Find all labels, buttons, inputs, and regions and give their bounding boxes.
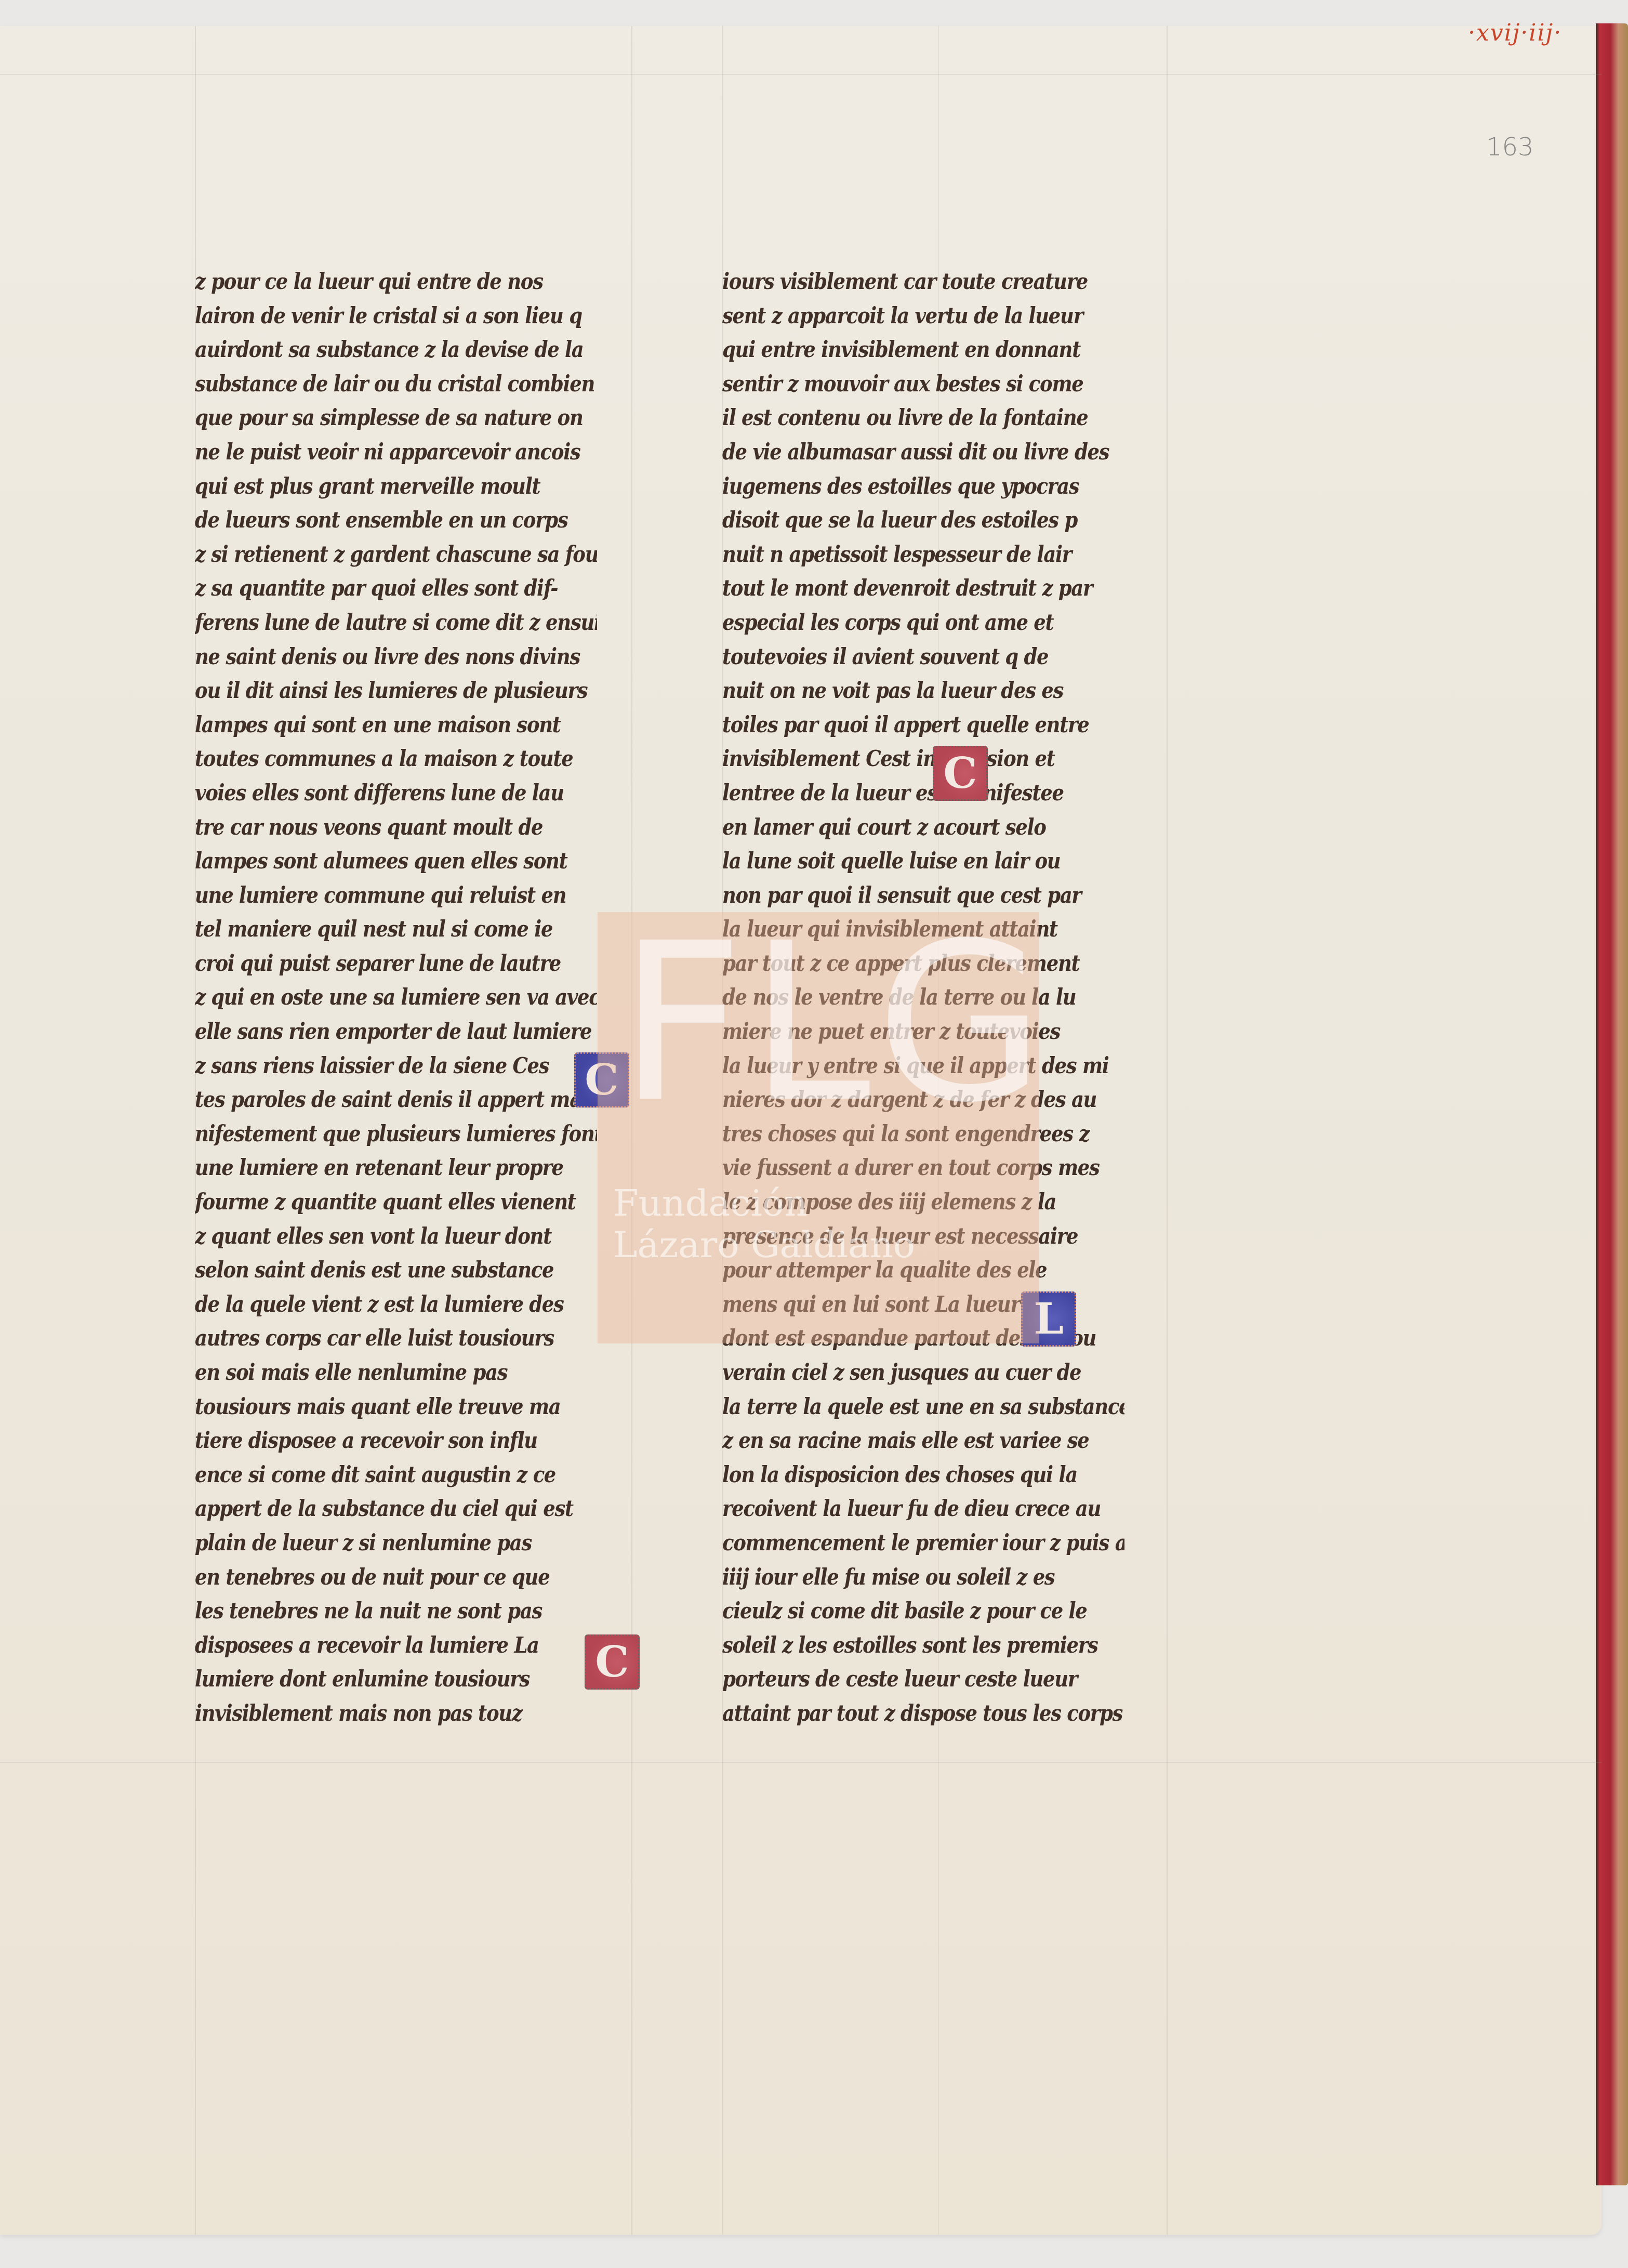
text-line: disoit que se la lueur des estoiles p xyxy=(722,504,1124,538)
text-line: disposees a recevoir la lumiere La xyxy=(195,1629,597,1663)
decorated-initial: C xyxy=(585,1634,640,1690)
text-line: de lueurs sont ensemble en un corps xyxy=(195,504,597,538)
text-line: sent z apparcoit la vertu de la lueur xyxy=(722,299,1124,334)
text-line: lampes sont alumees quen elles sont xyxy=(195,845,597,879)
text-line: en lamer qui court z acourt selo xyxy=(722,811,1124,845)
text-line: appert de la substance du ciel qui est xyxy=(195,1492,597,1526)
text-line: especial les corps qui ont ame et xyxy=(722,606,1124,640)
text-line: verain ciel z sen jusques au cuer de xyxy=(722,1356,1124,1390)
text-line: lon la disposicion des choses qui la xyxy=(722,1458,1124,1493)
text-line: selon saint denis est une substance xyxy=(195,1254,597,1288)
text-line: soleil z les estoilles sont les premiers xyxy=(722,1629,1124,1663)
text-line: iugemens des estoilles que ypocras xyxy=(722,470,1124,504)
text-line: tout le mont devenroit destruit z par xyxy=(722,572,1124,606)
text-line: nifestement que plusieurs lumieres font xyxy=(195,1117,597,1152)
text-line: la terre la quele est une en sa substanc… xyxy=(722,1390,1124,1425)
text-line: z en sa racine mais elle est variee se xyxy=(722,1424,1124,1458)
text-line: iours visiblement car toute creature xyxy=(722,265,1124,299)
text-line: commencement le premier iour z puis au xyxy=(722,1526,1124,1561)
text-line: z sa quantite par quoi elles sont dif- xyxy=(195,572,597,606)
watermark-line-2: Lázaro Galdiano xyxy=(613,1224,915,1265)
text-line: autres corps car elle luist tousiours xyxy=(195,1322,597,1356)
text-line: plain de lueur z si nenlumine pas xyxy=(195,1526,597,1561)
text-line: nuit on ne voit pas la lueur des es xyxy=(722,674,1124,708)
text-line: attaint par tout z dispose tous les corp… xyxy=(722,1697,1124,1731)
text-line: ne saint denis ou livre des nons divins xyxy=(195,640,597,675)
text-line: z quant elles sen vont la lueur dont xyxy=(195,1220,597,1254)
text-column-left: z pour ce la lueur qui entre de noslairo… xyxy=(195,265,663,1731)
text-line: recoivent la lueur fu de dieu crece au xyxy=(722,1492,1124,1526)
folio-number: 163 xyxy=(1486,133,1534,162)
text-line: la lune soit quelle luise en lair ou xyxy=(722,845,1124,879)
text-line: sentir z mouvoir aux bestes si come xyxy=(722,367,1124,402)
text-line: z sans riens laissier de la siene Ces xyxy=(195,1049,597,1084)
text-line: voies elles sont differens lune de lau xyxy=(195,776,597,811)
text-line: les tenebres ne la nuit ne sont pas xyxy=(195,1594,597,1629)
text-line: invisiblement mais non pas touz xyxy=(195,1697,597,1731)
text-line: elle sans rien emporter de laut lumiere xyxy=(195,1015,597,1049)
text-line: tiere disposee a recevoir son influ xyxy=(195,1424,597,1458)
text-line: nuit n apetissoit lespesseur de lair xyxy=(722,538,1124,572)
text-line: substance de lair ou du cristal combien xyxy=(195,367,597,402)
text-line: auirdont sa substance z la devise de la xyxy=(195,333,597,367)
text-line: il est contenu ou livre de la fontaine xyxy=(722,401,1124,436)
text-line: qui entre invisiblement en donnant xyxy=(722,333,1124,367)
text-line: que pour sa simplesse de sa nature on xyxy=(195,401,597,436)
text-line: ne le puist veoir ni apparcevoir ancois xyxy=(195,436,597,470)
text-line: une lumiere commune qui reluist en xyxy=(195,879,597,913)
text-line: en tenebres ou de nuit pour ce que xyxy=(195,1561,597,1595)
text-line: lairon de venir le cristal si a son lieu… xyxy=(195,299,597,334)
text-line: invisiblement Cest impression et xyxy=(722,742,1124,776)
text-line: lampes qui sont en une maison sont xyxy=(195,708,597,743)
watermark-text: Fundación Lázaro Galdiano xyxy=(613,1182,915,1265)
text-line: en soi mais elle nenlumine pas xyxy=(195,1356,597,1390)
text-line: z qui en oste une sa lumiere sen va avec xyxy=(195,981,597,1015)
text-line: une lumiere en retenant leur propre xyxy=(195,1151,597,1185)
watermark-monogram: FLG xyxy=(618,915,1050,1133)
text-line: tousiours mais quant elle treuve ma xyxy=(195,1390,597,1425)
text-line: lentree de la lueur est manifestee xyxy=(722,776,1124,811)
text-line: ence si come dit saint augustin z ce xyxy=(195,1458,597,1493)
book-edge-red-binding xyxy=(1596,23,1628,2185)
text-line: lumiere dont enlumine tousiours xyxy=(195,1663,597,1697)
text-line: de vie albumasar aussi dit ou livre des xyxy=(722,436,1124,470)
text-line: toutevoies il avient souvent q de xyxy=(722,640,1124,675)
text-line: croi qui puist separer lune de lautre xyxy=(195,947,597,981)
text-line: ou il dit ainsi les lumieres de plusieur… xyxy=(195,674,597,708)
text-line: de la quele vient z est la lumiere des xyxy=(195,1288,597,1322)
text-line: z si retienent z gardent chascune sa fou… xyxy=(195,538,597,572)
text-line: porteurs de ceste lueur ceste lueur xyxy=(722,1663,1124,1697)
ruling-line xyxy=(0,1762,1601,1763)
text-line: tel maniere quil nest nul si come ie xyxy=(195,913,597,947)
watermark-line-1: Fundación xyxy=(613,1182,915,1224)
text-line: fourme z quantite quant elles vienent xyxy=(195,1185,597,1220)
text-line: qui est plus grant merveille moult xyxy=(195,470,597,504)
text-line: toutes communes a la maison z toute xyxy=(195,742,597,776)
text-line: toiles par quoi il appert quelle entre xyxy=(722,708,1124,743)
text-line: z pour ce la lueur qui entre de nos xyxy=(195,265,597,299)
text-line: iiij iour elle fu mise ou soleil z es xyxy=(722,1561,1124,1595)
text-line: tre car nous veons quant moult de xyxy=(195,811,597,845)
text-line: ferens lune de lautre si come dit z ensu… xyxy=(195,606,597,640)
ruling-line xyxy=(0,74,1601,75)
running-header: ·xvij·iij· xyxy=(1468,20,1562,46)
text-line: tes paroles de saint denis il appert ma xyxy=(195,1083,597,1117)
decorated-initial: C xyxy=(933,746,988,801)
text-line: cieulz si come dit basile z pour ce le xyxy=(722,1594,1124,1629)
